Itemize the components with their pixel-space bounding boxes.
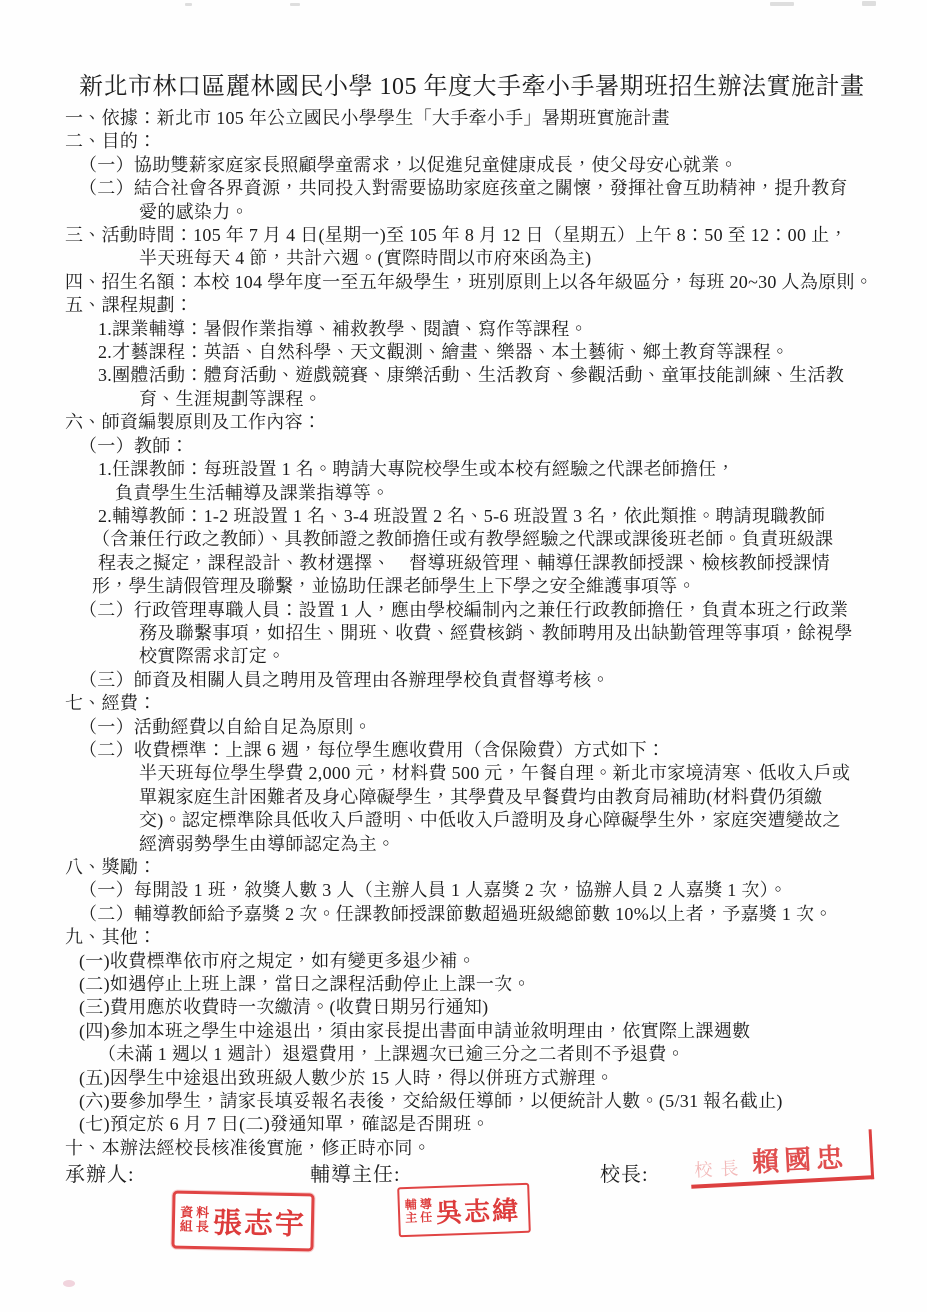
doc-line: 交)。認定標準除具低收入戶證明、中低收入戶證明及身心障礙學生外，家庭突遭變故之 <box>139 809 887 832</box>
doc-line: （一）教師： <box>79 435 887 458</box>
doc-line: 七、經費： <box>65 692 887 715</box>
doc-line: 程表之擬定，課程設計、教材選擇、 督導班級管理、輔導任課教師授課、檢核教師授課情 <box>98 552 887 575</box>
scan-artifact <box>185 3 192 6</box>
organizer-stamp: 資料組長 張志宇 <box>171 1191 314 1252</box>
scan-artifact <box>770 2 794 6</box>
doc-line: (三)費用應於收費時一次繳清。(收費日期另行通知) <box>79 996 887 1019</box>
doc-line: 五、課程規劃： <box>65 294 887 317</box>
counselor-stamp-title: 輔導主任 <box>405 1198 433 1225</box>
doc-line: 1.任課教師：每班設置 1 名。聘請大專院校學生或本校有經驗之代課老師擔任， <box>98 458 887 481</box>
principal-stamp: 校長 賴國忠 <box>689 1129 874 1189</box>
counselor-director-label: 輔導主任: <box>310 1158 401 1187</box>
principal-stamp-title: 校長 <box>694 1154 747 1183</box>
stamp-title-char: 主 <box>405 1212 417 1225</box>
doc-line: 1.課業輔導：暑假作業指導、補救教學、閱讀、寫作等課程。 <box>98 318 887 341</box>
doc-line: 2.才藝課程：英語、自然科學、天文觀測、繪畫、樂器、本土藝術、鄉土教育等課程。 <box>98 341 887 364</box>
doc-line: (四)參加本班之學生中途退出，須由家長提出書面申請並敘明理由，依實際上課週數 <box>79 1020 887 1043</box>
doc-line: （二）行政管理專職人員：設置 1 人，應由學校編制內之兼任行政教師擔任，負責本班… <box>79 599 887 622</box>
doc-line: (七)預定於 6 月 7 日(二)發通知單，確認是否開班。 <box>79 1113 887 1136</box>
doc-line: 務及聯繫事項，如招生、開班、收費、經費核銷、教師聘用及出缺勤管理等事項，餘視學 <box>139 622 887 645</box>
doc-line: （一）每開設 1 班，敘獎人數 3 人（主辦人員 1 人嘉獎 2 次，協辦人員 … <box>79 879 887 902</box>
doc-line: 八、獎勵： <box>65 856 887 879</box>
principal-stamp-name: 賴國忠 <box>751 1136 849 1180</box>
stamp-title-char: 組 <box>180 1220 193 1234</box>
doc-line: 九、其他： <box>65 926 887 949</box>
organizer-label: 承辦人: <box>65 1158 135 1187</box>
doc-line: （二）結合社會各界資源，共同投入對需要協助家庭孩童之關懷，發揮社會互助精神，提升… <box>79 177 887 200</box>
doc-line: 二、目的： <box>65 130 887 153</box>
scan-artifact <box>63 1280 75 1287</box>
doc-line: 負責學生生活輔導及課業指導等。 <box>115 482 887 505</box>
doc-line: 四、招生名額：本校 104 學年度一至五年級學生，班別原則上以各年級區分，每班 … <box>65 271 887 294</box>
doc-line: （未滿 1 週以 1 週計）退還費用，上課週次已逾三分之二者則不予退費。 <box>98 1043 887 1066</box>
doc-line: （一）協助雙薪家庭家長照顧學童需求，以促進兒童健康成長，使父母安心就業。 <box>79 154 887 177</box>
doc-line: 2.輔導教師：1-2 班設置 1 名、3-4 班設置 2 名、5-6 班設置 3… <box>98 505 887 528</box>
doc-line: 半天班每位學生學費 2,000 元，材料費 500 元，午餐自理。新北市家境清寒… <box>139 762 887 785</box>
doc-line: 育、生涯規劃等課程。 <box>139 388 887 411</box>
doc-line: 形，學生請假管理及聯繫，並協助任課老師學生上下學之安全維護事項等。 <box>92 575 887 598</box>
doc-line: 3.團體活動：體育活動、遊戲競賽、康樂活動、生活教育、參觀活動、童軍技能訓練、生… <box>98 364 887 387</box>
doc-line: (二)如遇停止上班上課，當日之課程活動停止上課一次。 <box>79 973 887 996</box>
scan-artifact <box>862 1 876 6</box>
principal-label: 校長: <box>600 1158 649 1187</box>
document-title: 新北市林口區麗林國民小學 105 年度大手牽小手暑期班招生辦法實施計畫 <box>79 70 887 104</box>
doc-line: (五)因學生中途退出致班級人數少於 15 人時，得以併班方式辦理。 <box>79 1067 887 1090</box>
doc-line: 校實際需求訂定。 <box>139 645 887 668</box>
stamp-title-char: 長 <box>196 1220 209 1234</box>
organizer-stamp-title: 資料組長 <box>180 1206 210 1235</box>
organizer-stamp-name: 張志宇 <box>213 1200 307 1243</box>
scan-artifact <box>290 3 300 6</box>
doc-line: 單親家庭生計困難者及身心障礙學生，其學費及早餐費均由教育局補助(材料費仍須繳 <box>139 786 887 809</box>
doc-line: （二）收費標準：上課 6 週，每位學生應收費用（含保險費）方式如下： <box>79 739 887 762</box>
doc-line: (六)要參加學生，請家長填妥報名表後，交給級任導師，以便統計人數。(5/31 報… <box>79 1090 887 1113</box>
doc-line: 經濟弱勢學生由導師認定為主。 <box>139 833 887 856</box>
doc-line: （三）師資及相關人員之聘用及管理由各辦理學校負責督導考核。 <box>79 669 887 692</box>
doc-line: 六、師資編製原則及工作內容： <box>65 411 887 434</box>
counselor-stamp: 輔導主任 吳志緯 <box>397 1183 531 1238</box>
doc-line: （二）輔導教師給予嘉獎 2 次。任課教師授課節數超過班級總節數 10%以上者，予… <box>79 903 887 926</box>
doc-line: 愛的感染力。 <box>139 201 887 224</box>
scanned-document-page: 新北市林口區麗林國民小學 105 年度大手牽小手暑期班招生辦法實施計畫 一、依據… <box>0 0 927 1312</box>
doc-line: 半天班每天 4 節，共計六週。(實際時間以市府來函為主) <box>139 247 887 270</box>
doc-line: 一、依據：新北市 105 年公立國民小學學生「大手牽小手」暑期班實施計畫 <box>65 107 887 130</box>
doc-line: （含兼任行政之教師）、具教師證之教師擔任或有教學經驗之代課或課後班老師。負責班級… <box>92 528 887 551</box>
document-text-lines: 一、依據：新北市 105 年公立國民小學學生「大手牽小手」暑期班實施計畫二、目的… <box>65 107 887 1160</box>
document-body-container: 新北市林口區麗林國民小學 105 年度大手牽小手暑期班招生辦法實施計畫 一、依據… <box>65 70 887 1160</box>
doc-line: （一）活動經費以自給自足為原則。 <box>79 716 887 739</box>
counselor-stamp-name: 吳志緯 <box>435 1190 520 1230</box>
doc-line: (一)收費標準依市府之規定，如有變更多退少補。 <box>79 950 887 973</box>
doc-line: 三、活動時間：105 年 7 月 4 日(星期一)至 105 年 8 月 12 … <box>65 224 887 247</box>
stamp-title-char: 任 <box>420 1211 432 1224</box>
